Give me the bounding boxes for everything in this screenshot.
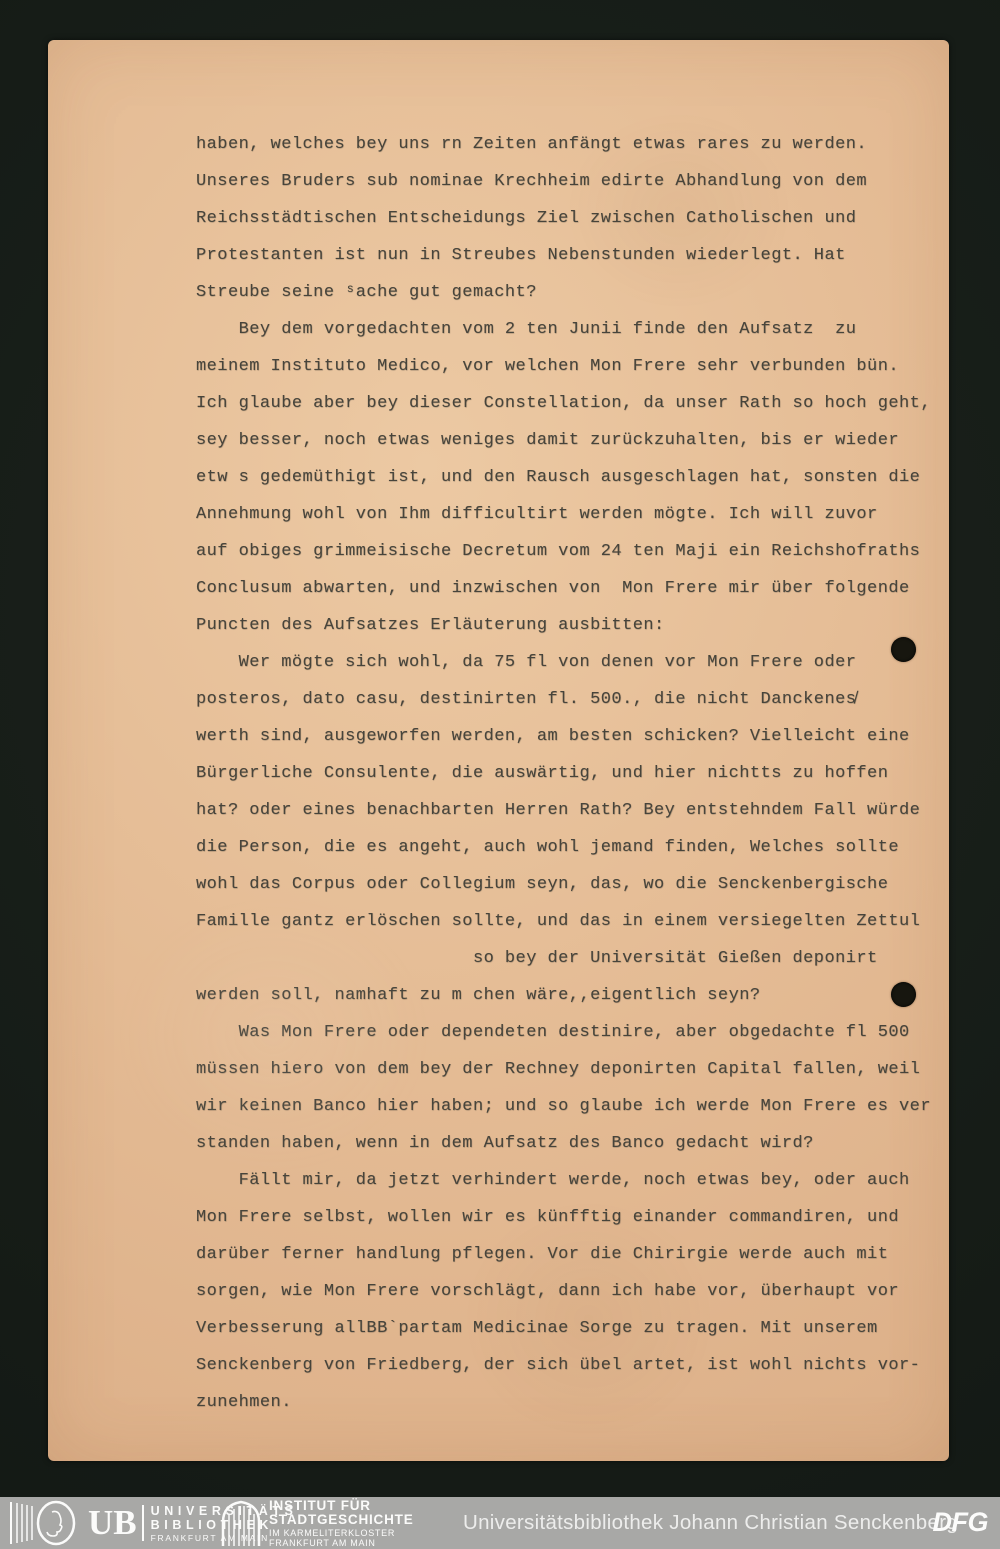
typewritten-line: Famille gantz erlöschen sollte, und das …: [196, 903, 936, 940]
typewritten-line: meinem Instituto Medico, vor welchen Mon…: [196, 348, 936, 385]
typewritten-line: haben, welches bey uns rn Zeiten anfängt…: [196, 126, 936, 163]
typewritten-line: Unseres Bruders sub nominae Krechheim ed…: [196, 163, 936, 200]
typewritten-line: standen haben, wenn in dem Aufsatz des B…: [196, 1125, 936, 1162]
ub-book-portrait-icon: [8, 1500, 86, 1546]
dfg-logo: DFG: [933, 1507, 989, 1538]
footer-credit-bar: UB UNIVERSITÄTS BIBLIOTHEK FRANKFURT AM …: [0, 1497, 1000, 1549]
typewritten-line: Conclusum abwarten, und inzwischen von M…: [196, 570, 936, 607]
typewritten-line: auf obiges grimmeisische Decretum vom 24…: [196, 533, 936, 570]
typewritten-line: sey besser, noch etwas weniges damit zur…: [196, 422, 936, 459]
scanned-letter-page: { "page": { "background_color": "#161c17…: [0, 0, 1000, 1549]
ub-divider: [142, 1505, 144, 1541]
typewritten-line: werth sind, ausgeworfen werden, am beste…: [196, 718, 936, 755]
typewritten-line: darüber ferner handlung pflegen. Vor die…: [196, 1236, 936, 1273]
typewritten-line: Bürgerliche Consulente, die auswärtig, u…: [196, 755, 936, 792]
typewritten-line: etw s gedemüthigt ist, und den Rausch au…: [196, 459, 936, 496]
typewritten-line: Streube seine ˢache gut gemacht?: [196, 274, 936, 311]
letter-paper: haben, welches bey uns rn Zeiten anfängt…: [48, 40, 949, 1461]
gothic-arch-icon: [221, 1500, 261, 1546]
typewritten-line: wohl das Corpus oder Collegium seyn, das…: [196, 866, 936, 903]
ub-abbr: UB: [88, 1505, 137, 1540]
typewritten-line: Verbesserung allBB`partam Medicinae Sorg…: [196, 1310, 936, 1347]
typewritten-line: Reichsstädtischen Entscheidungs Ziel zwi…: [196, 200, 936, 237]
typewritten-line: Wer mögte sich wohl, da 75 fl von denen …: [196, 644, 936, 681]
typewritten-text-block: haben, welches bey uns rn Zeiten anfängt…: [196, 126, 936, 1421]
typewritten-line: Was Mon Frere oder dependeten destinire,…: [196, 1014, 936, 1051]
typewritten-line: Protestanten ist nun in Streubes Nebenst…: [196, 237, 936, 274]
typewritten-line: Puncten des Aufsatzes Erläuterung ausbit…: [196, 607, 936, 644]
institut-line3: IM KARMELITERKLOSTER: [269, 1528, 414, 1538]
institut-stadtgeschichte-logo: INSTITUT FÜR STADTGESCHICHTE IM KARMELIT…: [221, 1500, 414, 1546]
typewritten-line: sorgen, wie Mon Frere vorschlägt, dann i…: [196, 1273, 936, 1310]
library-name-text: Universitätsbibliothek Johann Christian …: [463, 1511, 958, 1535]
institut-line4: FRANKFURT AM MAIN: [269, 1538, 414, 1548]
typewritten-line: hat? oder eines benachbarten Herren Rath…: [196, 792, 936, 829]
punch-hole-top: [891, 637, 916, 662]
institut-line2: STADTGESCHICHTE: [269, 1513, 414, 1528]
typewritten-line: wir keinen Banco hier haben; und so glau…: [196, 1088, 936, 1125]
typewritten-line: Annehmung wohl von Ihm difficultirt werd…: [196, 496, 936, 533]
typewritten-line: Fällt mir, da jetzt verhindert werde, no…: [196, 1162, 936, 1199]
typewritten-line: Bey dem vorgedachten vom 2 ten Junii fin…: [196, 311, 936, 348]
typewritten-line: so bey der Universität Gießen deponirt: [196, 940, 936, 977]
typewritten-line: posteros, dato casu, destinirten fl. 500…: [196, 681, 936, 718]
typewritten-line: Mon Frere selbst, wollen wir es künfftig…: [196, 1199, 936, 1236]
typewritten-line: Ich glaube aber bey dieser Constellation…: [196, 385, 936, 422]
typewritten-line: die Person, die es angeht, auch wohl jem…: [196, 829, 936, 866]
typewritten-line: müssen hiero von dem bey der Rechney dep…: [196, 1051, 936, 1088]
institut-line1: INSTITUT FÜR: [269, 1499, 414, 1514]
punch-hole-bottom: [891, 982, 916, 1007]
typewritten-line: Senckenberg von Friedberg, der sich übel…: [196, 1347, 936, 1384]
typewritten-line: zunehmen.: [196, 1384, 936, 1421]
typewritten-line: werden soll, namhaft zu m chen wäre,,eig…: [196, 977, 936, 1014]
